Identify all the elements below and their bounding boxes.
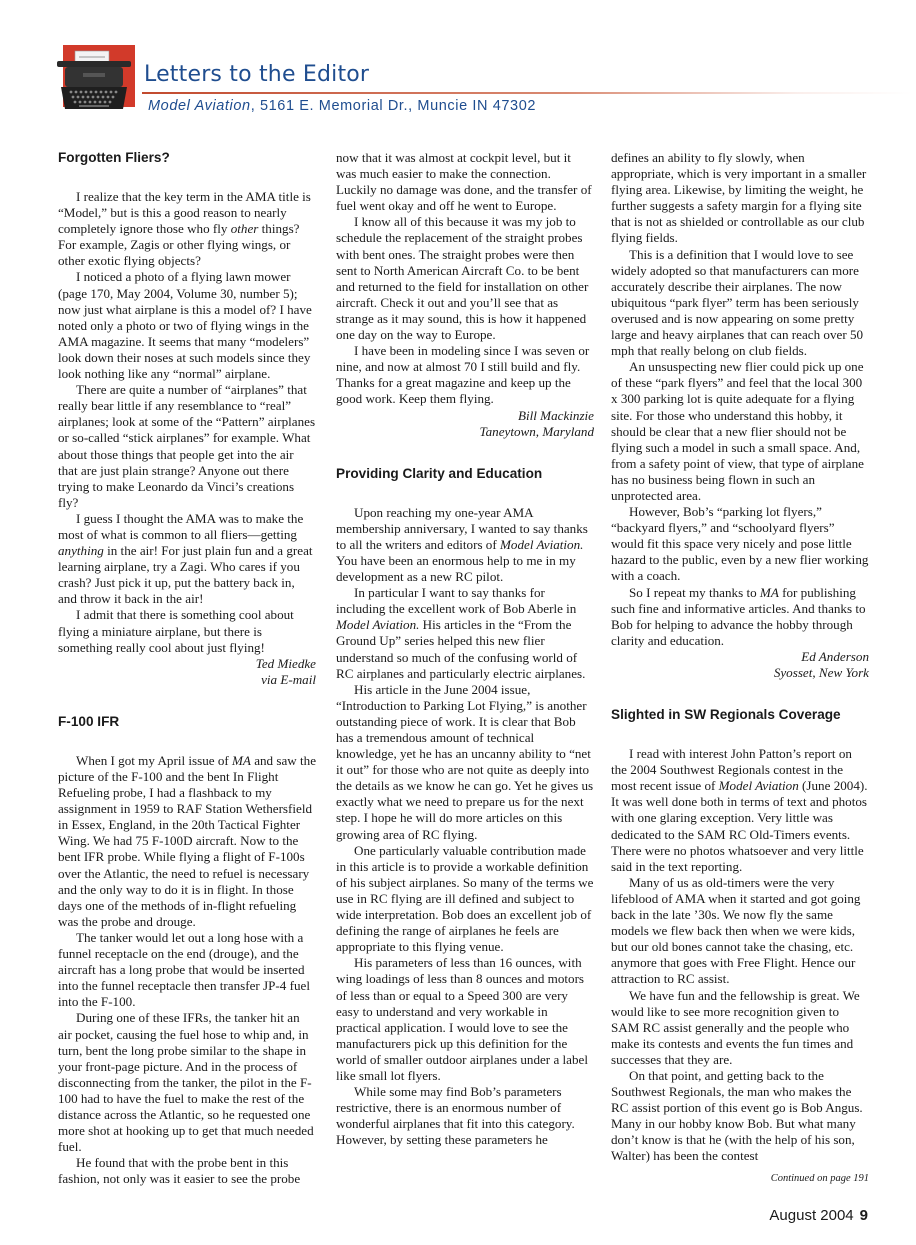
paragraph: So I repeat my thanks to MA for publishi… [611, 585, 869, 649]
letter-heading: Forgotten Fliers? [58, 150, 316, 166]
paragraph: An unsuspecting new flier could pick up … [611, 359, 869, 504]
address: , 5161 E. Memorial Dr., Muncie IN 47302 [251, 98, 536, 114]
paragraph: In particular I want to say thanks for i… [336, 585, 594, 682]
paragraph: One particularly valuable contribution m… [336, 843, 594, 956]
paragraph: The tanker would let out a long hose wit… [58, 930, 316, 1010]
paragraph-continued: defines an ability to fly slowly, when a… [611, 150, 869, 247]
section-title: Letters to the Editor [144, 62, 369, 87]
paragraph: His article in the June 2004 issue, “Int… [336, 682, 594, 843]
publication-name: Model Aviation [148, 98, 251, 114]
paragraph: We have fun and the fellowship is great.… [611, 988, 869, 1068]
text: So I repeat my thanks to [629, 585, 760, 600]
paragraph: I noticed a photo of a flying lawn mower… [58, 269, 316, 382]
paragraph: I read with interest John Patton’s repor… [611, 746, 869, 875]
author-name: Bill Mackinzie [336, 408, 594, 424]
letter-heading: F-100 IFR [58, 714, 316, 730]
paragraph: There are quite a number of “airplanes” … [58, 382, 316, 511]
typewriter-icon [53, 45, 135, 115]
paragraph: This is a definition that I would love t… [611, 247, 869, 360]
emphasis: Model Aviation [719, 778, 799, 793]
text: and saw the picture of the F-100 and the… [58, 753, 316, 929]
emphasis: Model Aviation. [500, 537, 583, 552]
paragraph-continued: now that it was almost at cockpit level,… [336, 150, 594, 214]
paragraph: Many of us as old-timers were the very l… [611, 875, 869, 988]
paragraph: On that point, and getting back to the S… [611, 1068, 869, 1165]
paragraph: I know all of this because it was my job… [336, 214, 594, 343]
author-location: via E-mail [58, 672, 316, 688]
paragraph: I realize that the key term in the AMA t… [58, 189, 316, 269]
column-1: Forgotten Fliers? I realize that the key… [58, 150, 316, 1187]
page-number: 9 [860, 1207, 868, 1224]
text: When I got my April issue of [76, 753, 232, 768]
paragraph: I have been in modeling since I was seve… [336, 343, 594, 407]
page-footer: August 20049 [769, 1207, 868, 1224]
masthead: Letters to the Editor Model Aviation, 51… [50, 42, 916, 122]
paragraph: While some may find Bob’s parameters res… [336, 1084, 594, 1148]
publication-address: Model Aviation, 5161 E. Memorial Dr., Mu… [148, 98, 536, 114]
paragraph: When I got my April issue of MA and saw … [58, 753, 316, 930]
issue-date: August 2004 [769, 1207, 853, 1224]
column-2: now that it was almost at cockpit level,… [336, 150, 594, 1148]
paragraph: I admit that there is something cool abo… [58, 607, 316, 655]
paragraph: He found that with the probe bent in thi… [58, 1155, 316, 1187]
author-name: Ted Miedke [58, 656, 316, 672]
paragraph: However, Bob’s “parking lot flyers,” “ba… [611, 504, 869, 584]
author-location: Syosset, New York [611, 665, 869, 681]
text: You have been an enormous help to me in … [336, 553, 576, 584]
emphasis: MA [760, 585, 779, 600]
emphasis: Model Aviation. [336, 617, 419, 632]
column-3: defines an ability to fly slowly, when a… [611, 150, 869, 1187]
letter-heading: Slighted in SW Regionals Coverage [611, 707, 869, 723]
emphasis: MA [232, 753, 251, 768]
paragraph: Upon reaching my one-year AMA membership… [336, 505, 594, 585]
paragraph: During one of these IFRs, the tanker hit… [58, 1010, 316, 1155]
author-name: Ed Anderson [611, 649, 869, 665]
text: I guess I thought the AMA was to make th… [58, 511, 303, 542]
continued-note: Continued on page 191 [611, 1171, 869, 1187]
emphasis: other [231, 221, 259, 236]
emphasis: anything [58, 543, 104, 558]
author-location: Taneytown, Maryland [336, 424, 594, 440]
paragraph: His parameters of less than 16 ounces, w… [336, 955, 594, 1084]
text: In particular I want to say thanks for i… [336, 585, 576, 616]
paragraph: I guess I thought the AMA was to make th… [58, 511, 316, 608]
letter-heading: Providing Clarity and Education [336, 466, 594, 482]
title-rule [142, 92, 912, 94]
